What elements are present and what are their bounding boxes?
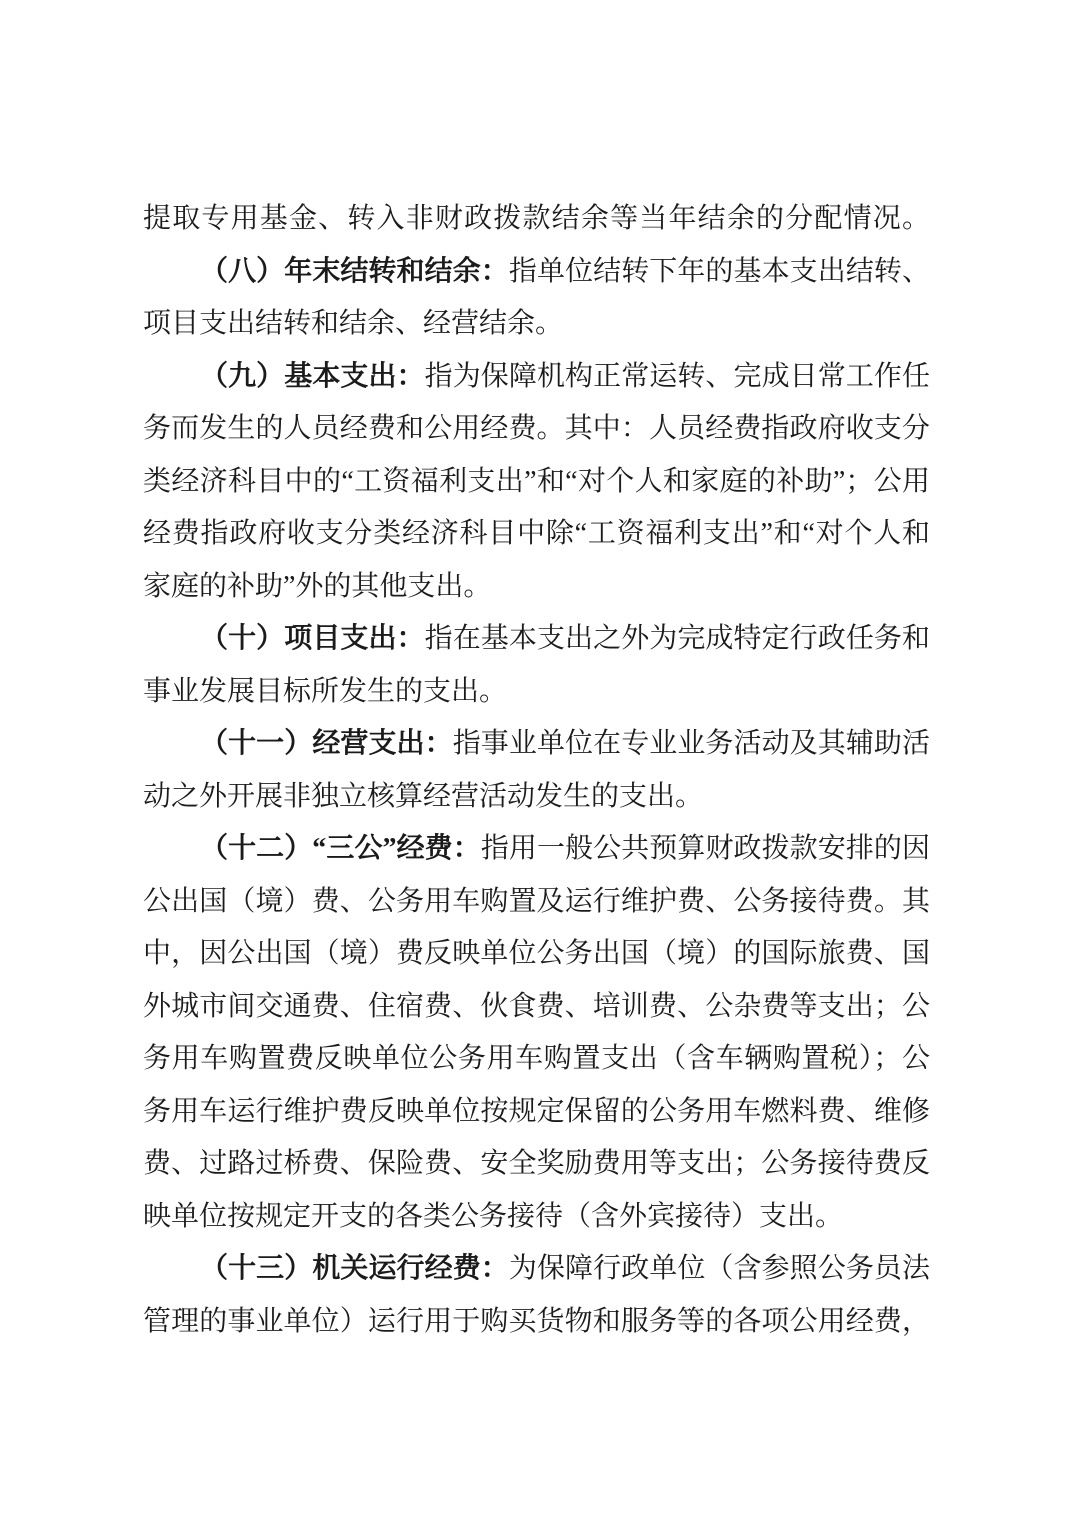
section-label: （十二）“三公”经费： [200,833,481,864]
text-line: 务用车购置费反映单位公务用车购置支出（含车辆购置税）；公 [143,1033,930,1086]
body-text: 管理的事业单位）运行用于购买货物和服务等的各项公用经费， [143,1306,930,1337]
text-line: 项目支出结转和结余、经营结余。 [143,298,930,351]
body-text: 动之外开展非独立核算经营活动发生的支出。 [143,781,703,812]
text-line: 务用车运行维护费反映单位按规定保留的公务用车燃料费、维修 [143,1086,930,1139]
text-line: 外城市间交通费、住宿费、伙食费、培训费、公杂费等支出；公 [143,981,930,1034]
body-text: 为保障行政单位（含参照公务员法 [509,1253,930,1284]
section-label: （九）基本支出： [200,361,425,392]
body-text: 费、过路过桥费、保险费、安全奖励费用等支出；公务接待费反 [143,1148,930,1179]
text-line: （九）基本支出：指为保障机构正常运转、完成日常工作任 [143,351,930,404]
body-text: 指为保障机构正常运转、完成日常工作任 [425,361,930,392]
body-text: 项目支出结转和结余、经营结余。 [143,308,563,339]
body-text: 务用车购置费反映单位公务用车购置支出（含车辆购置税）；公 [143,1043,930,1074]
body-text: 指在基本支出之外为完成特定行政任务和 [425,623,930,654]
text-line: 家庭的补助”外的其他支出。 [143,561,930,614]
section-label: （十三）机关运行经费： [200,1253,509,1284]
body-text: 指用一般公共预算财政拨款安排的因 [481,833,930,864]
section-label: （十）项目支出： [200,623,425,654]
section-label: （八）年末结转和结余： [200,256,509,287]
body-text: 映单位按规定开支的各类公务接待（含外宾接待）支出。 [143,1201,843,1232]
text-line: 公出国（境）费、公务用车购置及运行维护费、公务接待费。其 [143,876,930,929]
body-text: 事业发展目标所发生的支出。 [143,676,507,707]
section-label: （十一）经营支出： [200,728,453,759]
text-line: 动之外开展非独立核算经营活动发生的支出。 [143,771,930,824]
text-line: 经费指政府收支分类经济科目中除“工资福利支出”和“对个人和 [143,508,930,561]
body-text: 务而发生的人员经费和公用经费。其中：人员经费指政府收支分 [143,413,930,444]
text-line: （十一）经营支出：指事业单位在专业业务活动及其辅助活 [143,718,930,771]
body-text: 公出国（境）费、公务用车购置及运行维护费、公务接待费。其 [143,886,930,917]
text-line: 费、过路过桥费、保险费、安全奖励费用等支出；公务接待费反 [143,1138,930,1191]
text-line: 映单位按规定开支的各类公务接待（含外宾接待）支出。 [143,1191,930,1244]
body-text: 指单位结转下年的基本支出结转、 [509,256,930,287]
text-line: （八）年末结转和结余：指单位结转下年的基本支出结转、 [143,246,930,299]
body-text: 经费指政府收支分类经济科目中除“工资福利支出”和“对个人和 [143,518,930,549]
body-text: 家庭的补助”外的其他支出。 [143,571,491,602]
document-text-block: 提取专用基金、转入非财政拨款结余等当年结余的分配情况。 （八）年末结转和结余：指… [143,193,930,1348]
text-line: 事业发展目标所发生的支出。 [143,666,930,719]
body-text: 类经济科目中的“工资福利支出”和“对个人和家庭的补助”；公用 [143,466,930,497]
text-line: 类经济科目中的“工资福利支出”和“对个人和家庭的补助”；公用 [143,456,930,509]
text-line: （十三）机关运行经费：为保障行政单位（含参照公务员法 [143,1243,930,1296]
text-line: 提取专用基金、转入非财政拨款结余等当年结余的分配情况。 [143,193,930,246]
body-text: 指事业单位在专业业务活动及其辅助活 [453,728,930,759]
body-text: 务用车运行维护费反映单位按规定保留的公务用车燃料费、维修 [143,1096,930,1127]
text-line: （十）项目支出：指在基本支出之外为完成特定行政任务和 [143,613,930,666]
text-line: 中，因公出国（境）费反映单位公务出国（境）的国际旅费、国 [143,928,930,981]
text-line: （十二）“三公”经费：指用一般公共预算财政拨款安排的因 [143,823,930,876]
text-line: 管理的事业单位）运行用于购买货物和服务等的各项公用经费， [143,1296,930,1349]
body-text: 中，因公出国（境）费反映单位公务出国（境）的国际旅费、国 [143,938,930,969]
body-text: 外城市间交通费、住宿费、伙食费、培训费、公杂费等支出；公 [143,991,930,1022]
body-text: 提取专用基金、转入非财政拨款结余等当年结余的分配情况。 [143,203,930,234]
text-line: 务而发生的人员经费和公用经费。其中：人员经费指政府收支分 [143,403,930,456]
document-page: 提取专用基金、转入非财政拨款结余等当年结余的分配情况。 （八）年末结转和结余：指… [0,0,1074,1520]
